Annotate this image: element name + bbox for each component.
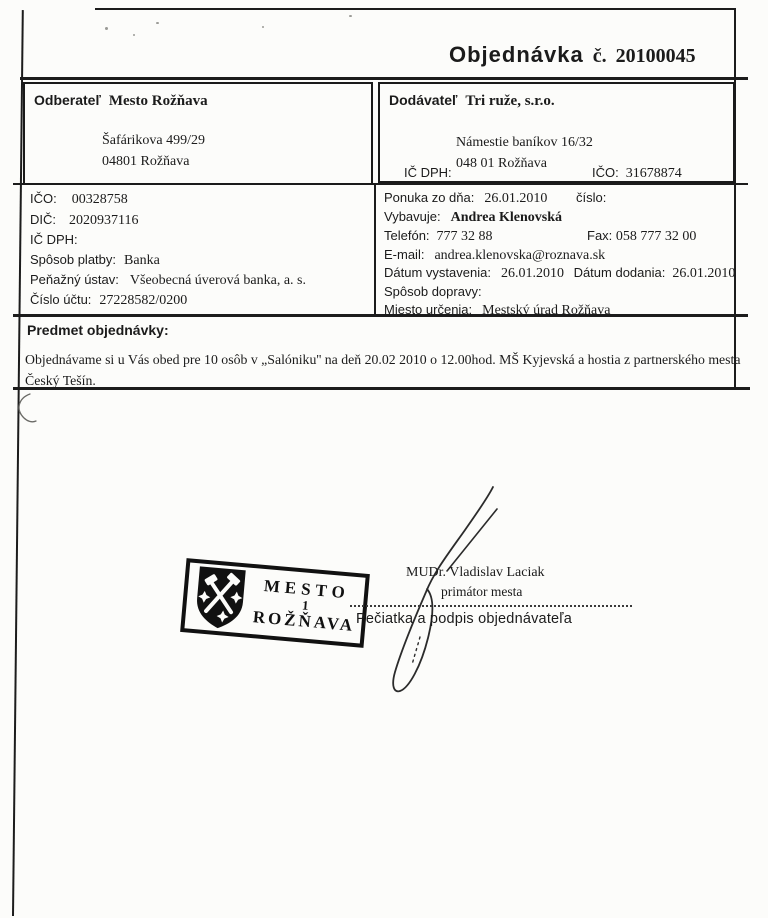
supplier-box: DodávateľTri ruže, s.r.o. Námestie baník… — [378, 82, 735, 183]
customer-bank-row: Peňažný ústav:Všeobecná úverová banka, a… — [30, 272, 306, 289]
document-title-abbrev: č. — [593, 45, 607, 68]
supplier-issue-label: Dátum vystavenia: — [384, 265, 491, 280]
supplier-issue-date: 26.01.2010 — [501, 266, 564, 281]
customer-payment-value: Banka — [124, 253, 160, 268]
supplier-icdph-row: IČ DPH: — [404, 165, 452, 180]
supplier-dates-row: Dátum vystavenia:26.01.2010 Dátum dodani… — [384, 265, 735, 282]
customer-account-value: 27228582/0200 — [99, 293, 187, 308]
customer-city: 04801 Rožňava — [102, 151, 205, 172]
customer-icdph-label: IČ DPH: — [30, 232, 78, 247]
supplier-email-row: E-mail:andrea.klenovska@roznava.sk — [384, 247, 605, 264]
customer-address: Šafárikova 499/29 04801 Rožňava — [102, 130, 205, 172]
supplier-handler-row: Vybavuje:Andrea Klenovská — [384, 209, 562, 226]
supplier-label: Dodávateľ — [389, 92, 457, 108]
customer-payment-row: Spôsob platby:Banka — [30, 252, 160, 269]
supplier-ico-row: IČO:31678874 — [592, 165, 682, 182]
supplier-header: DodávateľTri ruže, s.r.o. — [389, 92, 555, 110]
customer-name: Mesto Rožňava — [109, 93, 208, 109]
supplier-street: Námestie baníkov 16/32 — [456, 132, 593, 153]
document-title: Objednávka č. 20100045 — [449, 42, 696, 68]
supplier-transport-row: Spôsob dopravy: — [384, 284, 482, 299]
supplier-delivery-date: 26.01.2010 — [672, 266, 735, 281]
page-right-rule — [734, 9, 736, 389]
supplier-phone-label: Telefón: — [384, 228, 430, 243]
supplier-handler-label: Vybavuje: — [384, 209, 441, 224]
scan-noise-dot — [105, 27, 108, 30]
supplier-fax-value: 058 777 32 00 — [616, 229, 697, 244]
city-stamp: MESTO 1 ROŽŇAVA — [180, 558, 370, 648]
supplier-destination-value: Mestský úrad Rožňava — [482, 303, 610, 318]
supplier-offer-label: Ponuka zo dňa: — [384, 190, 474, 205]
supplier-ico-label: IČO: — [592, 165, 619, 180]
supplier-offer-row: Ponuka zo dňa:26.01.2010 číslo: — [384, 190, 734, 207]
scan-noise-dot — [349, 15, 352, 17]
customer-payment-label: Spôsob platby: — [30, 252, 116, 267]
customer-bank-label: Peňažný ústav: — [30, 272, 119, 287]
scan-noise-dot — [133, 34, 135, 36]
supplier-transport-label: Spôsob dopravy: — [384, 284, 482, 299]
title-underline-rule — [20, 77, 748, 80]
subject-text: Objednávame si u Vás obed pre 10 osôb v … — [25, 349, 747, 391]
signature-dotted-line — [350, 598, 632, 607]
customer-dic-label: DIČ: — [30, 212, 56, 227]
supplier-city: 048 01 Rožňava — [456, 153, 593, 174]
customer-bank-value: Všeobecná úverová banka, a. s. — [130, 273, 306, 288]
pen-bracket-mark — [19, 394, 36, 422]
customer-account-row: Číslo účtu:27228582/0200 — [30, 292, 187, 309]
page-top-rule — [95, 8, 736, 10]
customer-icdph-row: IČ DPH: — [30, 232, 78, 247]
signature-stroke-tail — [412, 637, 420, 665]
supplier-ico-value: 31678874 — [626, 166, 682, 181]
supplier-destination-row: Miesto určenia:Mestský úrad Rožňava — [384, 302, 610, 319]
signatory-name: MUDr. Vladislav Laciak — [406, 565, 545, 581]
customer-header: OdberateľMesto Rožňava — [34, 92, 208, 110]
supplier-email-value: andrea.klenovska@roznava.sk — [434, 248, 605, 263]
customer-ico-label: IČO: — [30, 191, 57, 206]
supplier-delivery-label: Dátum dodania: — [574, 265, 666, 280]
customer-dic-value: 2020937116 — [69, 213, 138, 228]
supplier-handler-value: Andrea Klenovská — [451, 210, 562, 225]
supplier-number-label: číslo: — [576, 190, 606, 205]
supplier-phone-row: Telefón:777 32 88 Fax: 058 777 32 00 — [384, 228, 734, 245]
document-title-word: Objednávka — [449, 42, 584, 68]
customer-ico-value: 00328758 — [72, 192, 128, 207]
customer-dic-row: DIČ:2020937116 — [30, 212, 138, 229]
customer-street: Šafárikova 499/29 — [102, 130, 205, 151]
supplier-offer-date: 26.01.2010 — [484, 191, 547, 206]
coat-of-arms-icon — [192, 564, 249, 632]
supplier-destination-label: Miesto určenia: — [384, 302, 472, 317]
supplier-phone-value: 777 32 88 — [437, 229, 493, 244]
customer-label: Odberateľ — [34, 92, 101, 108]
scan-noise-dot — [156, 22, 159, 24]
supplier-icdph-label: IČ DPH: — [404, 165, 452, 180]
details-bottom-rule — [13, 314, 748, 317]
signature-stroke-slash — [447, 509, 497, 571]
customer-account-label: Číslo účtu: — [30, 292, 91, 307]
scan-noise-dot — [262, 26, 264, 28]
customer-ico-row: IČO:00328758 — [30, 191, 128, 208]
city-stamp-text: MESTO 1 ROŽŇAVA — [246, 576, 365, 636]
supplier-name: Tri ruže, s.r.o. — [465, 93, 554, 109]
document-title-number: 20100045 — [616, 45, 696, 68]
customer-box: OdberateľMesto Rožňava Šafárikova 499/29… — [23, 82, 373, 185]
supplier-email-label: E-mail: — [384, 247, 424, 262]
subject-header: Predmet objednávky: — [27, 322, 169, 338]
supplier-fax-label: Fax: 058 777 32 00 — [587, 228, 696, 245]
signature-caption: Pečiatka a podpis objednávateľa — [356, 611, 572, 627]
supplier-address: Námestie baníkov 16/32 048 01 Rožňava — [456, 132, 593, 174]
details-divider-rule — [374, 185, 376, 315]
